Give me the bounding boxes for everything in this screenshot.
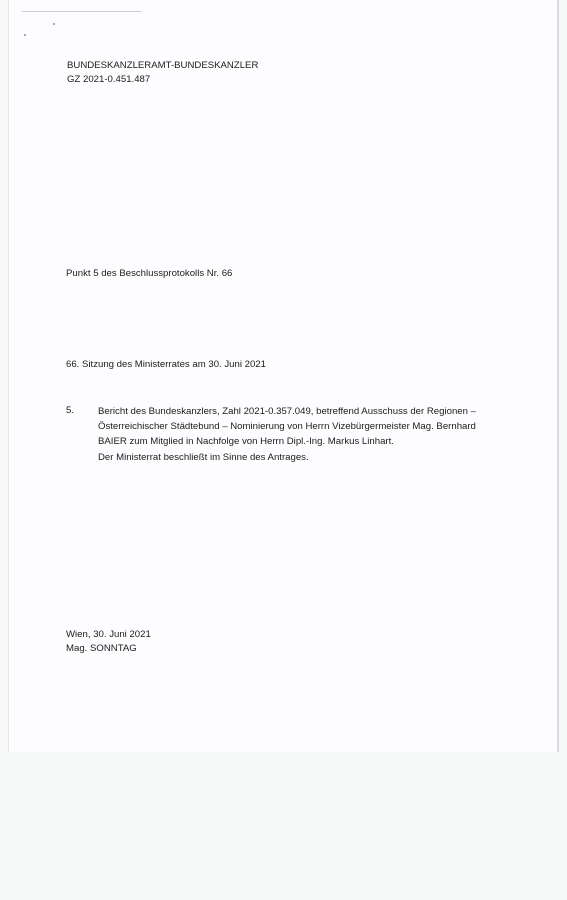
- item-line: Bericht des Bundeskanzlers, Zahl 2021-0.…: [98, 404, 476, 419]
- protocol-point: Punkt 5 des Beschlussprotokolls Nr. 66: [66, 267, 232, 281]
- scan-artifact-dot: [24, 34, 26, 36]
- item-number: 5.: [66, 404, 74, 418]
- session-title: 66. Sitzung des Ministerrates am 30. Jun…: [66, 358, 266, 372]
- authority-name: BUNDESKANZLERAMT-BUNDESKANZLER: [67, 59, 258, 73]
- signature-block: Wien, 30. Juni 2021 Mag. SONNTAG: [66, 628, 151, 655]
- item-line: Österreichischer Städtebund – Nominierun…: [98, 419, 476, 434]
- scan-artifact-dot: [53, 23, 55, 25]
- scan-artifact-line: [22, 11, 142, 12]
- signatory: Mag. SONNTAG: [66, 642, 151, 656]
- item-resolution: Der Ministerrat beschließt im Sinne des …: [98, 450, 476, 465]
- reference-number: GZ 2021-0.451.487: [67, 73, 258, 87]
- item-line: BAIER zum Mitglied in Nachfolge von Herr…: [98, 434, 476, 449]
- page-edge: [557, 0, 559, 752]
- place-date: Wien, 30. Juni 2021: [66, 628, 151, 642]
- item-body: Bericht des Bundeskanzlers, Zahl 2021-0.…: [98, 404, 476, 465]
- document-header: BUNDESKANZLERAMT-BUNDESKANZLER GZ 2021-0…: [67, 59, 258, 86]
